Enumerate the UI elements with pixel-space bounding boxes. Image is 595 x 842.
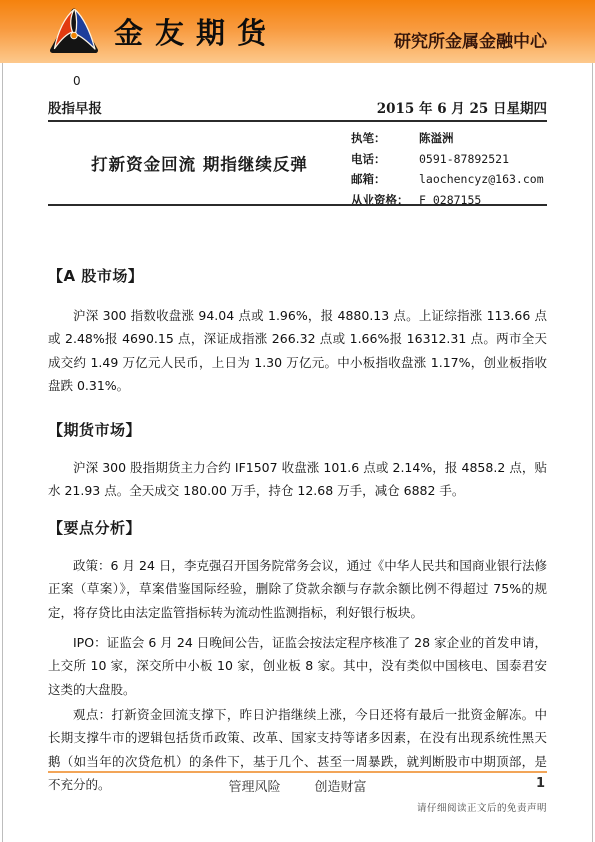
- email-value: laochencyz@163.com: [419, 172, 544, 186]
- brand: 金友期货: [48, 7, 278, 57]
- page-right-edge: [592, 63, 593, 842]
- report-date: 2015 年 6 月 25 日星期四: [377, 97, 547, 117]
- author-info-table: 执笔： 陈溢洲 电话： 0591-87892521 邮箱： laochencyz…: [351, 122, 547, 204]
- report-type: 股指早报: [48, 97, 102, 117]
- author-row-phone: 电话： 0591-87892521: [351, 149, 547, 170]
- company-logo-icon: [48, 7, 100, 57]
- author-row-writer: 执笔： 陈溢洲: [351, 128, 547, 149]
- header-banner: 金友期货 研究所金属金融中心: [0, 0, 595, 63]
- masthead-row: 股指早报 2015 年 6 月 25 日星期四: [48, 97, 547, 117]
- ipo-paragraph: IPO：证监会 6 月 24 日晚间公告，证监会按法定程序核准了 28 家企业的…: [48, 631, 547, 701]
- company-name: 金友期货: [114, 11, 278, 52]
- email-label: 邮箱：: [351, 171, 419, 187]
- stray-zero-text: 0: [73, 74, 81, 88]
- a-share-paragraph: 沪深 300 指数收盘涨 94.04 点或 1.96%，报 4880.13 点。…: [48, 304, 547, 397]
- page-number: 1: [536, 776, 545, 791]
- title-author-block: 打新资金回流 期指继续反弹 执笔： 陈溢洲 电话： 0591-87892521 …: [48, 122, 547, 204]
- futures-paragraph: 沪深 300 股指期货主力合约 IF1507 收盘涨 101.6 点或 2.14…: [48, 456, 547, 503]
- disclaimer-note: 请仔细阅读正文后的免责声明: [417, 800, 547, 814]
- author-row-email: 邮箱： laochencyz@163.com: [351, 169, 547, 190]
- slogan-manage-risk: 管理风险: [228, 780, 280, 795]
- slogan-create-wealth: 创造财富: [315, 780, 367, 795]
- title-bottom-rule: [48, 204, 547, 206]
- writer-value: 陈溢洲: [419, 130, 454, 146]
- report-title: 打新资金回流 期指继续反弹: [91, 151, 308, 175]
- phone-value: 0591-87892521: [419, 152, 509, 166]
- department-name: 研究所金属金融中心: [394, 27, 547, 52]
- section-heading-a-share: 【A 股市场】: [48, 265, 143, 286]
- report-page: 金友期货 研究所金属金融中心 0 股指早报 2015 年 6 月 25 日星期四…: [0, 0, 595, 842]
- section-heading-analysis: 【要点分析】: [48, 517, 141, 538]
- section-heading-futures: 【期货市场】: [48, 419, 141, 440]
- writer-label: 执笔：: [351, 130, 419, 146]
- policy-paragraph: 政策：6 月 24 日，李克强召开国务院常务会议，通过《中华人民共和国商业银行法…: [48, 554, 547, 624]
- footer-row: 管理风险创造财富 1: [48, 776, 547, 794]
- page-left-edge: [2, 63, 3, 842]
- footer-rule: [48, 771, 547, 773]
- author-row-license: 从业资格： F 0287155: [351, 190, 547, 211]
- footer-slogans: 管理风险创造财富: [48, 776, 547, 795]
- phone-label: 电话：: [351, 151, 419, 167]
- title-area: 打新资金回流 期指继续反弹: [48, 122, 351, 204]
